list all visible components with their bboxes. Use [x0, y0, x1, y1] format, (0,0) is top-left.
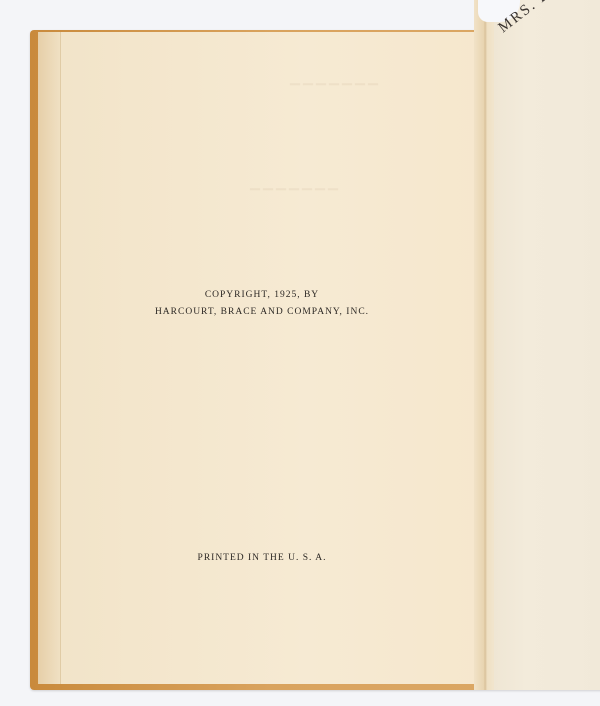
publisher-line: HARCOURT, BRACE AND COMPANY, INC. — [38, 307, 486, 317]
page-edges — [38, 32, 61, 684]
book-gutter — [474, 0, 496, 690]
printed-line: PRINTED IN THE U. S. A. — [38, 553, 486, 563]
right-page — [494, 0, 600, 690]
copyright-line: COPYRIGHT, 1925, BY — [38, 290, 486, 300]
show-through-text: ▁▁▁▁▁▁▁ — [250, 175, 341, 191]
left-page — [38, 32, 486, 684]
show-through-text: ▁▁▁▁▁▁▁ — [290, 70, 381, 86]
